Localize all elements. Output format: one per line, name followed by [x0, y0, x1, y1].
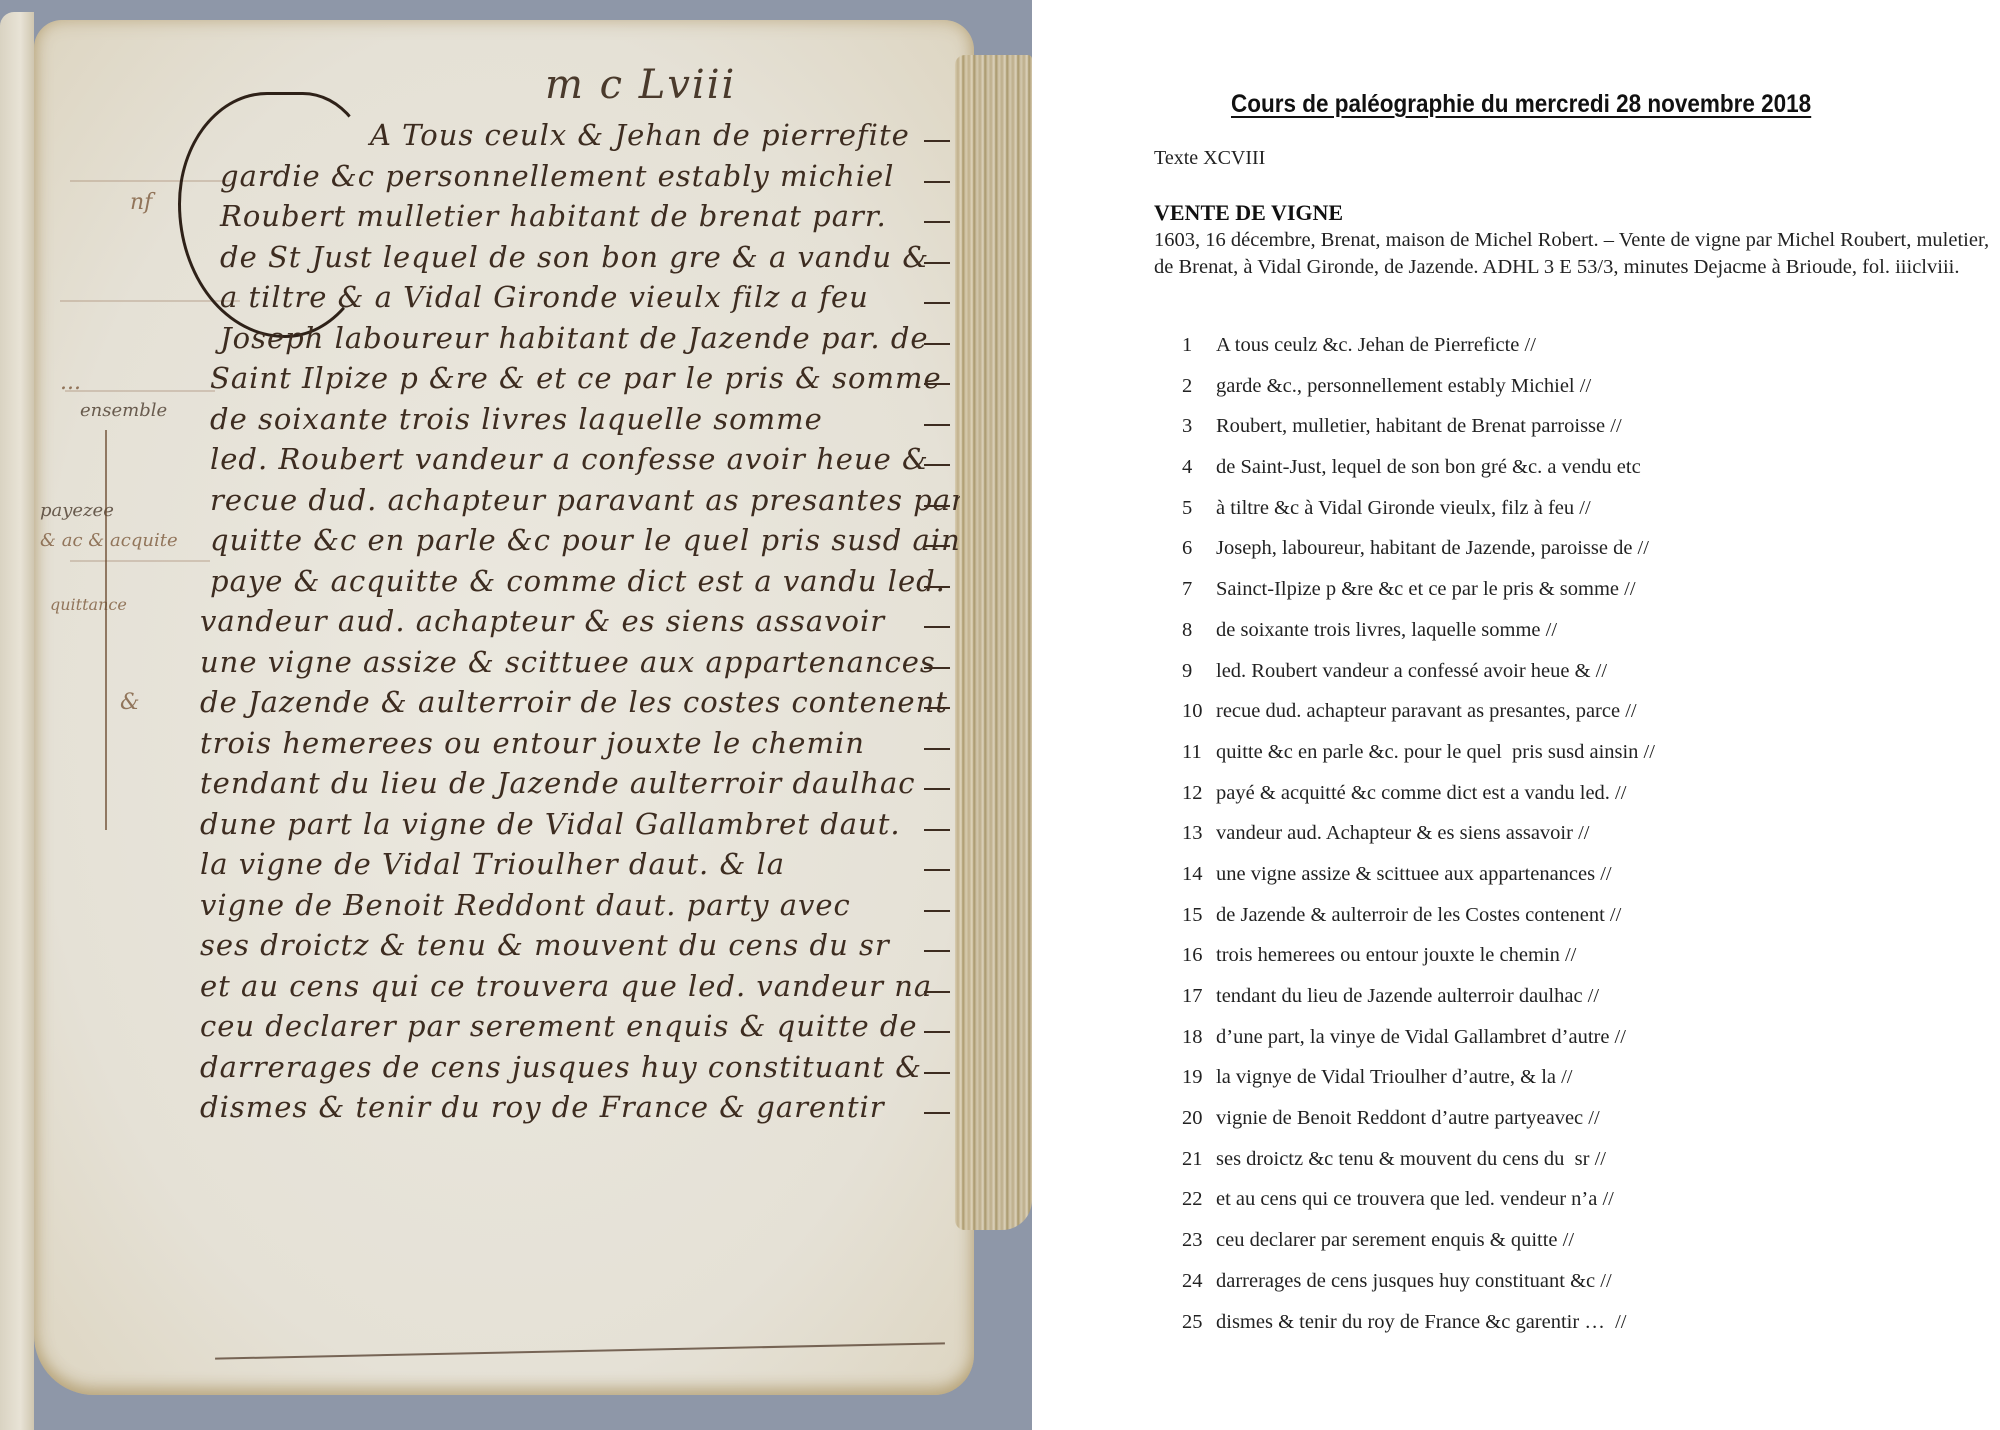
line-number: 2: [1182, 375, 1216, 398]
line-text: la vignye de Vidal Trioulher d’autre, & …: [1216, 1066, 1573, 1088]
manuscript-line: de soixante trois livres laquelle somme: [190, 402, 960, 443]
line-number: 18: [1182, 1026, 1216, 1049]
manuscript-line: vigne de Benoit Reddont daut. party avec: [190, 888, 960, 929]
transcription-line: 15de Jazende & aulterroir de les Costes …: [1182, 904, 1655, 945]
line-number: 20: [1182, 1107, 1216, 1130]
line-number: 1: [1182, 334, 1216, 357]
margin-note: ensemble: [80, 400, 167, 421]
margin-note: nf: [130, 190, 152, 215]
manuscript-line: de St Just lequel de son bon gre & a van…: [190, 240, 960, 281]
manuscript-photo: m c Lviii nf ... ensemble payezee & ac &…: [0, 0, 1032, 1430]
line-text: payé & acquitté &c comme dict est a vand…: [1216, 782, 1626, 804]
transcription-line: 7Sainct-Ilpize p &re &c et ce par le pri…: [1182, 578, 1655, 619]
margin-note: &: [120, 690, 140, 715]
transcription-line: 6Joseph, laboureur, habitant de Jazende,…: [1182, 537, 1655, 578]
transcription-line: 17tendant du lieu de Jazende aulterroir …: [1182, 985, 1655, 1026]
manuscript-line: dune part la vigne de Vidal Gallambret d…: [190, 807, 960, 848]
line-text: dismes & tenir du roy de France &c garen…: [1216, 1311, 1626, 1333]
line-number: 22: [1182, 1188, 1216, 1211]
transcription-line: 1A tous ceulz &c. Jehan de Pierreficte /…: [1182, 334, 1655, 375]
line-text: une vigne assize & scittuee aux apparten…: [1216, 863, 1612, 885]
line-text: trois hemerees ou entour jouxte le chemi…: [1216, 944, 1576, 966]
transcription-line: 22et au cens qui ce trouvera que led. ve…: [1182, 1188, 1655, 1229]
transcription-line: 18d’une part, la vinye de Vidal Gallambr…: [1182, 1026, 1655, 1067]
transcription-line: 23ceu declarer par serement enquis & qui…: [1182, 1229, 1655, 1270]
line-number: 5: [1182, 497, 1216, 520]
line-text: garde &c., personnellement estably Michi…: [1216, 375, 1591, 397]
text-number: Texte XCVIII: [1154, 147, 1265, 170]
document-title: Cours de paléographie du mercredi 28 nov…: [1086, 90, 1957, 119]
manuscript-line: quitte &c en parle &c pour le quel pris …: [190, 523, 960, 564]
left-page-edge: [0, 12, 34, 1430]
line-text: Sainct-Ilpize p &re &c et ce par le pris…: [1216, 578, 1636, 600]
manuscript-line: une vigne assize & scittuee aux apparten…: [190, 645, 960, 686]
manuscript-line: ses droictz & tenu & mouvent du cens du …: [190, 928, 960, 969]
manuscript-line: tendant du lieu de Jazende aulterroir da…: [190, 766, 960, 807]
document-summary: 1603, 16 décembre, Brenat, maison de Mic…: [1154, 227, 1994, 281]
manuscript-line: et au cens qui ce trouvera que led. vand…: [190, 969, 960, 1010]
transcription-line: 19la vignye de Vidal Trioulher d’autre, …: [1182, 1066, 1655, 1107]
line-number: 11: [1182, 741, 1216, 764]
transcription-line: 16trois hemerees ou entour jouxte le che…: [1182, 944, 1655, 985]
transcription-line: 24darrerages de cens jusques huy constit…: [1182, 1270, 1655, 1311]
manuscript-line: Saint Ilpize p &re & et ce par le pris &…: [190, 361, 960, 402]
transcription-line: 10recue dud. achapteur paravant as presa…: [1182, 700, 1655, 741]
line-text: de soixante trois livres, laquelle somme…: [1216, 619, 1557, 641]
line-number: 12: [1182, 782, 1216, 805]
line-text: vignie de Benoit Reddont d’autre partyea…: [1216, 1107, 1600, 1129]
line-number: 24: [1182, 1270, 1216, 1293]
line-text: ceu declarer par serement enquis & quitt…: [1216, 1229, 1574, 1251]
line-text: d’une part, la vinye de Vidal Gallambret…: [1216, 1026, 1626, 1048]
transcription-line: 12payé & acquitté &c comme dict est a va…: [1182, 782, 1655, 823]
line-number: 8: [1182, 619, 1216, 642]
line-text: quitte &c en parle &c. pour le quel pris…: [1216, 741, 1655, 763]
transcription-line: 13vandeur aud. Achapteur & es siens assa…: [1182, 822, 1655, 863]
margin-bracket: [105, 430, 115, 830]
transcription-line: 8de soixante trois livres, laquelle somm…: [1182, 619, 1655, 660]
line-text: vandeur aud. Achapteur & es siens assavo…: [1216, 822, 1589, 844]
transcription-panel: Cours de paléographie du mercredi 28 nov…: [1032, 0, 2000, 1430]
line-text: et au cens qui ce trouvera que led. vend…: [1216, 1188, 1614, 1210]
line-number: 4: [1182, 456, 1216, 479]
margin-note: payezee: [40, 500, 114, 521]
manuscript-line: dismes & tenir du roy de France & garent…: [190, 1090, 960, 1131]
line-number: 10: [1182, 700, 1216, 723]
manuscript-line: Joseph laboureur habitant de Jazende par…: [190, 321, 960, 362]
line-text: de Jazende & aulterroir de les Costes co…: [1216, 904, 1621, 926]
line-number: 16: [1182, 944, 1216, 967]
transcription-line: 5à tiltre &c à Vidal Gironde vieulx, fil…: [1182, 497, 1655, 538]
manuscript-line: a tiltre & a Vidal Gironde vieulx filz a…: [190, 280, 960, 321]
line-text: darrerages de cens jusques huy constitua…: [1216, 1270, 1612, 1292]
manuscript-line: paye & acquitte & comme dict est a vandu…: [190, 564, 960, 605]
margin-note: quittance: [50, 595, 127, 614]
transcription-line: 21ses droictz &c tenu & mouvent du cens …: [1182, 1148, 1655, 1189]
manuscript-line: A Tous ceulx & Jehan de pierrefite: [190, 118, 960, 159]
transcription-line: 3Roubert, mulletier, habitant de Brenat …: [1182, 415, 1655, 456]
line-number: 3: [1182, 415, 1216, 438]
line-number: 15: [1182, 904, 1216, 927]
manuscript-line: ceu declarer par serement enquis & quitt…: [190, 1009, 960, 1050]
line-text: recue dud. achapteur paravant as presant…: [1216, 700, 1637, 722]
line-text: Joseph, laboureur, habitant de Jazende, …: [1216, 537, 1649, 559]
manuscript-line: trois hemerees ou entour jouxte le chemi…: [190, 726, 960, 767]
manuscript-line: vandeur aud. achapteur & es siens assavo…: [190, 604, 960, 645]
line-text: A tous ceulz &c. Jehan de Pierreficte //: [1216, 334, 1536, 356]
margin-notes: nf ... ensemble payezee & ac & acquite q…: [40, 150, 190, 850]
line-number: 7: [1182, 578, 1216, 601]
manuscript-line: recue dud. achapteur paravant as presant…: [190, 483, 960, 524]
line-number: 13: [1182, 822, 1216, 845]
line-number: 21: [1182, 1148, 1216, 1171]
line-text: led. Roubert vandeur a confessé avoir he…: [1216, 660, 1607, 682]
manuscript-line: la vigne de Vidal Trioulher daut. & la: [190, 847, 960, 888]
manuscript-line: led. Roubert vandeur a confesse avoir he…: [190, 442, 960, 483]
transcription-line: 11quitte &c en parle &c. pour le quel pr…: [1182, 741, 1655, 782]
line-number: 6: [1182, 537, 1216, 560]
line-number: 25: [1182, 1311, 1216, 1334]
page-stack-edges: [955, 55, 1032, 1230]
line-number: 23: [1182, 1229, 1216, 1252]
folio-number: m c Lviii: [545, 62, 736, 108]
manuscript-text: A Tous ceulx & Jehan de pierrefite gardi…: [190, 118, 960, 1131]
line-text: tendant du lieu de Jazende aulterroir da…: [1216, 985, 1599, 1007]
line-number: 9: [1182, 660, 1216, 683]
line-number: 19: [1182, 1066, 1216, 1089]
line-text: à tiltre &c à Vidal Gironde vieulx, filz…: [1216, 497, 1591, 519]
line-number: 14: [1182, 863, 1216, 886]
transcription-line: 20vignie de Benoit Reddont d’autre party…: [1182, 1107, 1655, 1148]
transcription-line: 14une vigne assize & scittuee aux appart…: [1182, 863, 1655, 904]
transcription-lines: 1A tous ceulz &c. Jehan de Pierreficte /…: [1182, 334, 1655, 1351]
transcription-line: 2garde &c., personnellement estably Mich…: [1182, 375, 1655, 416]
line-text: ses droictz &c tenu & mouvent du cens du…: [1216, 1148, 1606, 1170]
section-heading: VENTE DE VIGNE: [1154, 200, 1343, 226]
manuscript-line: darrerages de cens jusques huy constitua…: [190, 1050, 960, 1091]
manuscript-line: Roubert mulletier habitant de brenat par…: [190, 199, 960, 240]
line-text: de Saint-Just, lequel de son bon gré &c.…: [1216, 456, 1641, 478]
transcription-line: 4de Saint-Just, lequel de son bon gré &c…: [1182, 456, 1655, 497]
margin-note: ...: [60, 370, 81, 395]
line-text: Roubert, mulletier, habitant de Brenat p…: [1216, 415, 1622, 437]
manuscript-line: gardie &c personnellement estably michie…: [190, 159, 960, 200]
line-number: 17: [1182, 985, 1216, 1008]
manuscript-line: de Jazende & aulterroir de les costes co…: [190, 685, 960, 726]
transcription-line: 9led. Roubert vandeur a confessé avoir h…: [1182, 660, 1655, 701]
transcription-line: 25dismes & tenir du roy de France &c gar…: [1182, 1311, 1655, 1352]
